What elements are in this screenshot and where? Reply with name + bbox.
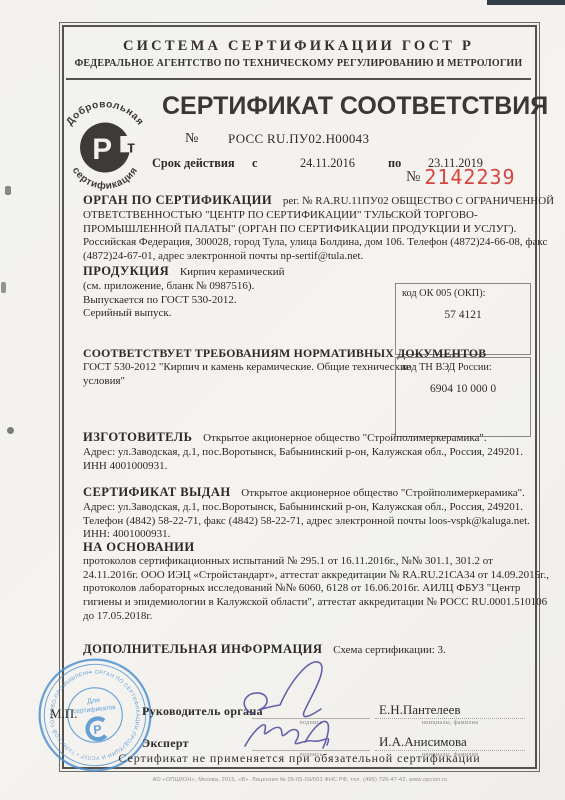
- tnved-code-box: код ТН ВЭД России: 6904 10 000 0: [395, 357, 531, 437]
- product-line: Выпускается по ГОСТ 530-2012.: [83, 294, 383, 308]
- head-signature-ink: [244, 662, 322, 717]
- expert-signature-ink: [245, 721, 329, 748]
- certification-body-line: Российская Федерация, 300028, город Тула…: [83, 236, 523, 250]
- section-issued-to: СЕРТИФИКАТ ВЫДАН Открытое акционерное об…: [83, 486, 528, 542]
- product-name: Кирпич керамический: [180, 266, 285, 278]
- svg-text:т: т: [127, 138, 135, 156]
- section-certification-body: ОРГАН ПО СЕРТИФИКАЦИИ рег. № RA.RU.11ПУ0…: [83, 194, 523, 264]
- certification-body-line: ОТВЕТСТВЕННОСТЬЮ "ЦЕНТР ПО СЕРТИФИКАЦИИ"…: [83, 209, 523, 223]
- okp-code-box: код ОК 005 (ОКП): 57 4121: [395, 283, 531, 355]
- manufacturer-heading: ИЗГОТОВИТЕЛЬ: [83, 430, 192, 444]
- product-line: (см. приложение, бланк № 0987516).: [83, 280, 383, 294]
- printer-imprint: АО «ОПЦИОН», Москва, 2015, «В». Лицензия…: [60, 777, 540, 783]
- form-number: № 2142239: [406, 165, 516, 189]
- okp-code-label: код ОК 005 (ОКП):: [402, 288, 530, 299]
- signatures-ink: [235, 652, 385, 764]
- system-title: СИСТЕМА СЕРТИФИКАЦИИ ГОСТ Р: [66, 38, 531, 55]
- basis-line: протоколов лабораторных исследований №№ …: [83, 582, 533, 596]
- manufacturer-line: Адрес: ул.Заводская, д.1, пос.Воротынск,…: [83, 446, 528, 460]
- rst-logo-mark: Р т: [80, 123, 135, 173]
- basis-line: 24.11.2016г. ООО ИЭЦ «Стройстандарт», ат…: [83, 569, 533, 583]
- scan-artifact-left-dot-1: [5, 186, 11, 195]
- product-line: Серийный выпуск.: [83, 307, 383, 321]
- validity-from-date: 24.11.2016: [300, 156, 355, 171]
- conformity-heading: СООТВЕТСТВУЕТ ТРЕБОВАНИЯМ НОРМАТИВНЫХ ДО…: [83, 347, 393, 361]
- expert-role-label: Эксперт: [142, 736, 189, 751]
- certification-body-line: (4872)24-67-01, адрес электронной почты …: [83, 250, 523, 264]
- issued-to-name: Открытое акционерное общество "Стройполи…: [241, 487, 525, 499]
- certificate-page: СИСТЕМА СЕРТИФИКАЦИИ ГОСТ Р ФЕДЕРАЛЬНОЕ …: [0, 0, 565, 800]
- section-manufacturer: ИЗГОТОВИТЕЛЬ Открытое акционерное общест…: [83, 431, 528, 473]
- certification-body-heading: ОРГАН ПО СЕРТИФИКАЦИИ: [83, 193, 272, 207]
- issued-to-heading: СЕРТИФИКАТ ВЫДАН: [83, 485, 231, 499]
- section-basis: НА ОСНОВАНИИ протоколов сертификационных…: [83, 541, 533, 624]
- issued-to-line: Телефон (4842) 58-22-71, факс (4842) 58-…: [83, 515, 528, 529]
- issued-to-line: Адрес: ул.Заводская, д.1, пос.Воротынск,…: [83, 501, 528, 515]
- certification-body-line: ПРОМЫШЛЕННОЙ ПАЛАТЫ" (ОРГАН ПО СЕРТИФИКА…: [83, 223, 523, 237]
- form-number-digits: 2142239: [424, 165, 515, 189]
- validity-to-label: по: [388, 156, 401, 171]
- form-number-sign: №: [406, 169, 420, 185]
- header-band: СИСТЕМА СЕРТИФИКАЦИИ ГОСТ Р ФЕДЕРАЛЬНОЕ …: [66, 29, 531, 80]
- svg-text:Р: Р: [92, 133, 112, 166]
- validity-label: Срок действия: [152, 156, 235, 171]
- stamp-place-label: М.П.: [50, 706, 77, 722]
- conformity-line: условия": [83, 375, 393, 389]
- scan-artifact-left-dot-2: [1, 282, 6, 293]
- manufacturer-name: Открытое акционерное общество "Стройполи…: [203, 432, 487, 444]
- basis-line: гигиены и эпидемиологии в Калужской обла…: [83, 596, 533, 610]
- okp-code-value: 57 4121: [396, 309, 530, 321]
- basis-heading: НА ОСНОВАНИИ: [83, 541, 533, 555]
- head-name-line: [375, 702, 525, 719]
- reg-number-sign: №: [185, 131, 198, 147]
- section-conformity: СООТВЕТСТВУЕТ ТРЕБОВАНИЯМ НОРМАТИВНЫХ ДО…: [83, 347, 393, 388]
- manufacturer-line: ИНН 4001000931.: [83, 460, 528, 474]
- tnved-code-value: 6904 10 000 0: [396, 383, 530, 395]
- stamp-inner-line2: сертификатов: [73, 704, 117, 715]
- scan-artifact-top-strip: [487, 0, 565, 5]
- scan-artifact-left-dot-3: [7, 427, 14, 434]
- section-product: ПРОДУКЦИЯ Кирпич керамический (см. прило…: [83, 265, 383, 321]
- head-name-caption: инициалы, фамилия: [375, 720, 525, 726]
- validity-from-label: с: [252, 156, 257, 171]
- certification-body-reg: рег. № RA.RU.11ПУ02 ОБЩЕСТВО С ОГРАНИЧЕН…: [283, 195, 554, 207]
- basis-line: протоколов сертификационных испытаний № …: [83, 555, 533, 569]
- stamp-mini-rst-icon: Р: [86, 718, 105, 740]
- tnved-code-label: код ТН ВЭД России:: [402, 362, 530, 373]
- expert-name-line: [375, 734, 525, 751]
- stamp-inner-line1: Для: [87, 697, 101, 705]
- certificate-title: СЕРТИФИКАТ СООТВЕТСТВИЯ: [162, 92, 538, 121]
- product-heading: ПРОДУКЦИЯ: [83, 264, 169, 278]
- basis-line: до 17.05.2018г.: [83, 610, 533, 624]
- mandatory-certification-note: Сертификат не применяется при обязательн…: [63, 751, 536, 766]
- svg-text:Р: Р: [93, 722, 103, 737]
- conformity-line: ГОСТ 530-2012 "Кирпич и камень керамичес…: [83, 361, 393, 375]
- rst-logo: Добровольная сертификация Р т: [57, 88, 153, 208]
- reg-number-value: РОСС RU.ПУ02.Н00043: [228, 131, 369, 147]
- agency-title: ФЕДЕРАЛЬНОЕ АГЕНТСТВО ПО ТЕХНИЧЕСКОМУ РЕ…: [66, 58, 531, 69]
